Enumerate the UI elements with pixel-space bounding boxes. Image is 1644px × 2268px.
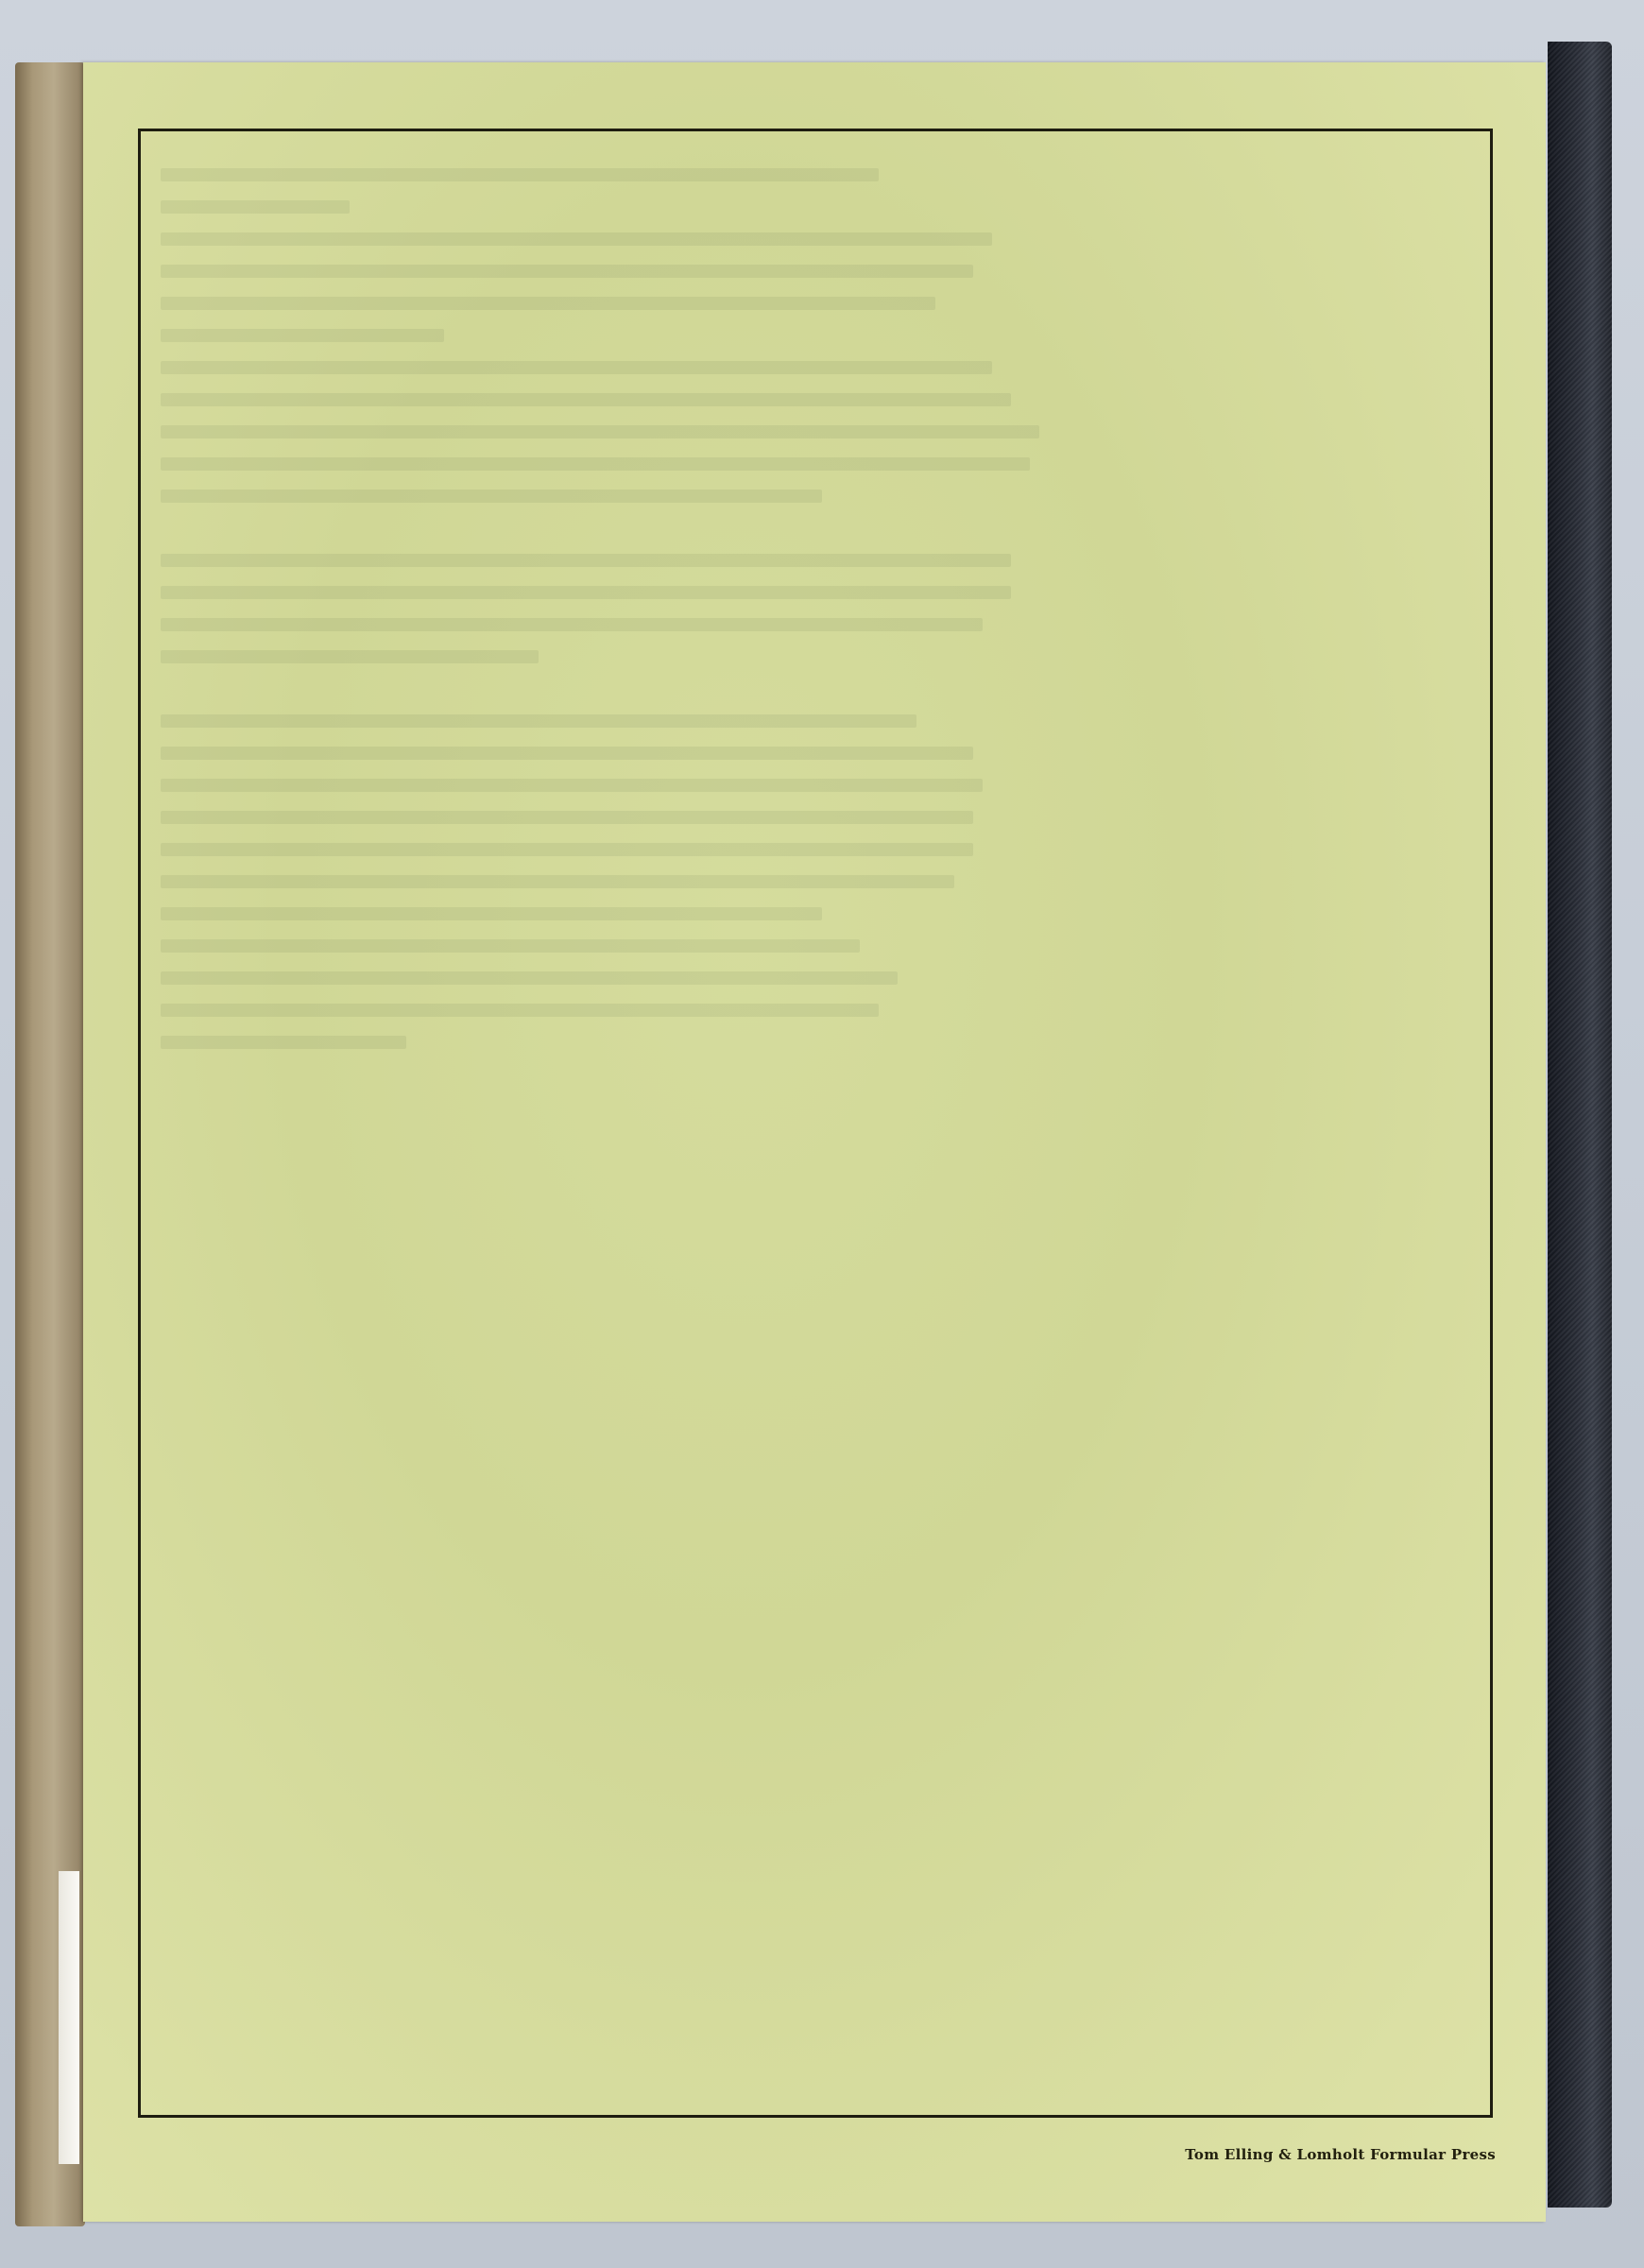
- page-border-frame: [138, 129, 1493, 2118]
- printer-imprint: Tom Elling & Lomholt Formular Press: [1185, 2146, 1496, 2163]
- cloth-spine-binding: [1548, 42, 1612, 2208]
- inner-page-edge: [59, 1871, 79, 2164]
